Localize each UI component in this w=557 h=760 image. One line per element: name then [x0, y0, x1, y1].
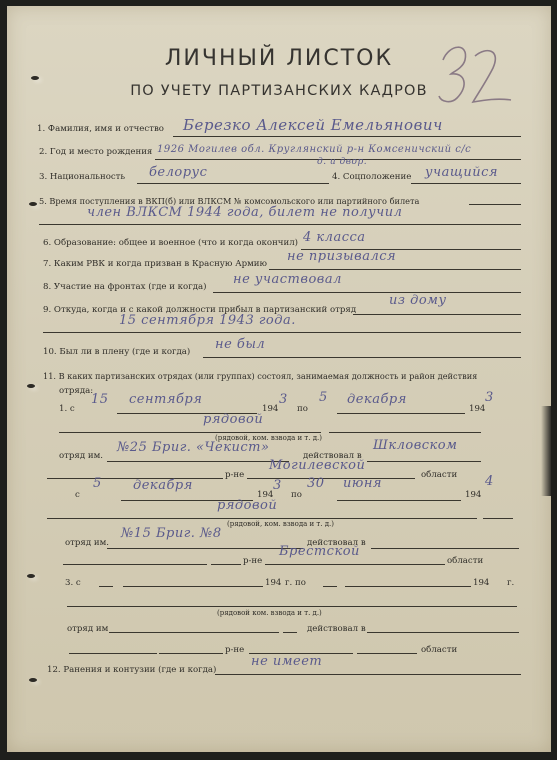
entry-2-district-underline-a	[63, 564, 207, 565]
entry-3-unit-label: отряд им	[67, 624, 108, 634]
document-page: ЛИЧНЫЙ ЛИСТОК ПО УЧЕТУ ПАРТИЗАНСКИХ КАДР…	[7, 6, 551, 752]
field-4-underline	[411, 183, 521, 184]
entry-1-region-label: области	[421, 470, 457, 480]
entry-1-to-label: по	[297, 404, 308, 414]
field-9-value-line2[interactable]: 15 сентября 1943 года.	[119, 313, 296, 328]
entry-2-position-underline	[47, 518, 477, 519]
field-10-underline	[203, 357, 521, 358]
entry-3-unit-underline-b	[283, 632, 297, 633]
entry-1-unit[interactable]: №25 Бриг. «Чекист»	[117, 440, 269, 455]
entry-2-to-year-digit[interactable]: 4	[485, 474, 494, 489]
entry-2-to-year-prefix: 194	[465, 490, 481, 500]
field-4-value[interactable]: учащийся	[425, 165, 498, 180]
field-6-label: 6. Образование: общее и военное (что и к…	[43, 238, 298, 248]
entry-1-acted-in[interactable]: Шкловском	[373, 438, 457, 453]
entry-3-to-day-underline	[323, 586, 337, 587]
field-1-underline	[173, 136, 521, 137]
entry-3-unit-underline	[109, 632, 279, 633]
field-9-value[interactable]: из дому	[389, 293, 446, 308]
field-12-underline	[215, 674, 521, 675]
field-1-value[interactable]: Березко Алексей Емельянович	[183, 116, 443, 134]
entry-2-unit[interactable]: №15 Бриг. №8	[121, 526, 222, 541]
entry-2-from-day[interactable]: 5	[93, 476, 102, 491]
entry-3-region-label: области	[421, 645, 457, 655]
entry-2-to-month[interactable]: июня	[343, 476, 382, 491]
entry-2-district-label: р-не	[243, 556, 262, 566]
page-fold-shadow	[541, 406, 551, 496]
field-11-label: 11. В каких партизанских отрядах (или гр…	[43, 371, 477, 381]
punch-hole-icon	[27, 574, 35, 578]
punch-hole-icon	[31, 76, 39, 80]
entry-1-acted-underline	[367, 461, 481, 462]
punch-hole-icon	[29, 678, 37, 682]
field-8-value[interactable]: не участвовал	[233, 272, 342, 287]
entry-1-position-underline	[59, 432, 321, 433]
entry-1-unit-label: отряд им.	[59, 451, 103, 461]
entry-3-from-year-prefix: 194	[265, 578, 281, 588]
punch-hole-icon	[29, 202, 37, 206]
entry-1-to-day[interactable]: 5	[319, 390, 328, 405]
entry-3-district-label: р-не	[225, 645, 244, 655]
field-5-underline-a	[469, 204, 521, 205]
entry-3-to-year-prefix: 194	[473, 578, 489, 588]
entry-3-region-underline-b	[357, 653, 417, 654]
entry-2-acted-underline	[371, 548, 519, 549]
entry-2-position[interactable]: рядовой	[217, 498, 277, 513]
field-9-underline-b	[43, 332, 521, 333]
entry-3-from-month-underline	[123, 586, 263, 587]
entry-3-district-underline-a	[69, 653, 157, 654]
field-5-value[interactable]: член ВЛКСМ 1944 года, билет не получил	[87, 205, 402, 220]
entry-2-from-month[interactable]: декабря	[133, 478, 193, 493]
entry-1-to-year-prefix: 194	[469, 404, 485, 414]
field-10-value[interactable]: не был	[215, 337, 265, 352]
field-9-underline-a	[353, 314, 521, 315]
entry-2-number: с	[75, 490, 80, 500]
entry-2-unit-label: отряд им.	[65, 538, 109, 548]
entry-3-position-underline	[67, 606, 517, 607]
entry-2-region-underline	[265, 564, 445, 565]
entry-2-to-day[interactable]: 30	[307, 476, 325, 491]
field-3-underline	[137, 183, 329, 184]
entry-2-to-label: по	[291, 490, 302, 500]
field-7-label: 7. Каким РВК и когда призван в Красную А…	[43, 259, 267, 269]
entry-1-to-month[interactable]: декабря	[347, 392, 407, 407]
entry-3-acted-label: действовал в	[307, 624, 366, 634]
entry-1-to-year-digit[interactable]: 3	[485, 390, 494, 405]
entry-1-from-year-digit[interactable]: 3	[279, 392, 288, 407]
field-6-value[interactable]: 4 класса	[303, 230, 366, 245]
entry-2-district-underline-b	[211, 564, 241, 565]
entry-1-from-month[interactable]: сентября	[129, 392, 202, 407]
entry-3-to-month-underline	[345, 586, 471, 587]
entry-2-region-label: области	[447, 556, 483, 566]
field-7-underline	[269, 269, 521, 270]
entry-1-region[interactable]: Могилевской	[269, 458, 365, 473]
entry-1-position[interactable]: рядовой	[203, 412, 263, 427]
field-3-label: 3. Национальность	[39, 172, 125, 182]
pencil-number-mark-icon	[435, 38, 515, 118]
entry-2-position-hint: (рядовой, ком. взвода и т. д.)	[227, 520, 334, 528]
field-12-value[interactable]: не имеет	[251, 654, 322, 669]
field-1-label: 1. Фамилия, имя и отчество	[37, 124, 164, 134]
entry-1-from-year-prefix: 194	[262, 404, 278, 414]
field-8-label: 8. Участие на фронтах (где и когда)	[43, 282, 206, 292]
field-5-underline-b	[39, 224, 521, 225]
field-7-value[interactable]: не призывался	[287, 249, 396, 264]
entry-1-number: 1. с	[59, 404, 75, 414]
entry-3-to-year-suffix: г.	[507, 578, 514, 588]
entry-2-from-year-digit[interactable]: 3	[273, 478, 282, 493]
entry-2-position-underline-b	[483, 518, 513, 519]
entry-3-acted-underline	[367, 632, 519, 633]
entry-1-to-month-underline	[337, 413, 465, 414]
entry-3-number: 3. с	[65, 578, 81, 588]
entry-1-position-underline-b	[329, 432, 481, 433]
entry-1-from-day[interactable]: 15	[91, 392, 109, 407]
field-2-label: 2. Год и место рождения	[39, 147, 152, 157]
entry-3-from-day-underline	[99, 586, 113, 587]
entry-3-position-hint: (рядовой ком. взвода и т. д.)	[217, 609, 322, 617]
entry-2-to-month-underline	[337, 500, 461, 501]
entry-2-region[interactable]: Брестской	[279, 544, 360, 559]
field-3-value[interactable]: белорус	[149, 165, 207, 180]
punch-hole-icon	[27, 384, 35, 388]
entry-2-unit-underline	[107, 548, 303, 549]
field-2-value-line2[interactable]: д. и двор.	[317, 157, 367, 167]
field-4-label: 4. Соцположение	[332, 172, 411, 182]
entry-1-unit-underline	[107, 461, 289, 462]
field-11-label-2: отряда:	[59, 386, 93, 396]
entry-3-district-underline-b	[159, 653, 223, 654]
field-10-label: 10. Был ли в плену (где и когда)	[43, 347, 190, 357]
entry-3-to-label: г. по	[285, 578, 306, 588]
field-12-label: 12. Ранения и контузии (где и когда)	[47, 665, 216, 675]
field-2-value[interactable]: 1926 Могилев обл. Круглянский р-н Комсен…	[157, 144, 471, 155]
entry-1-district-label: р-не	[225, 470, 244, 480]
field-8-underline	[213, 292, 521, 293]
